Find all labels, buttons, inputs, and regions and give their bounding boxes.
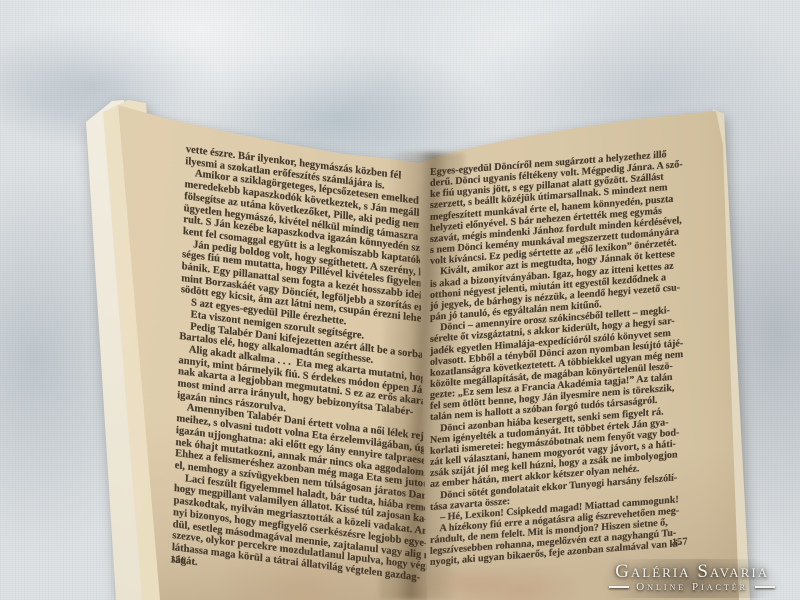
- tablecloth-background: vette észre. Bár ilyenkor, hegymászás kö…: [0, 0, 800, 600]
- page-number-right: 157: [672, 536, 688, 548]
- watermark-title: Galéria Savaria: [602, 562, 782, 581]
- watermark: Galéria Savaria Online Piactér: [592, 559, 792, 598]
- page-number-left: 156: [170, 554, 187, 566]
- watermark-subtitle: Online Piactér: [602, 581, 782, 594]
- open-book: vette észre. Bár ilyenkor, hegymászás kö…: [0, 0, 800, 600]
- left-page-text: vette észre. Bár ilyenkor, hegymászás kö…: [171, 144, 451, 598]
- right-page-text: Egyes-egyedül Döncíről nem sugárzott a h…: [430, 148, 683, 569]
